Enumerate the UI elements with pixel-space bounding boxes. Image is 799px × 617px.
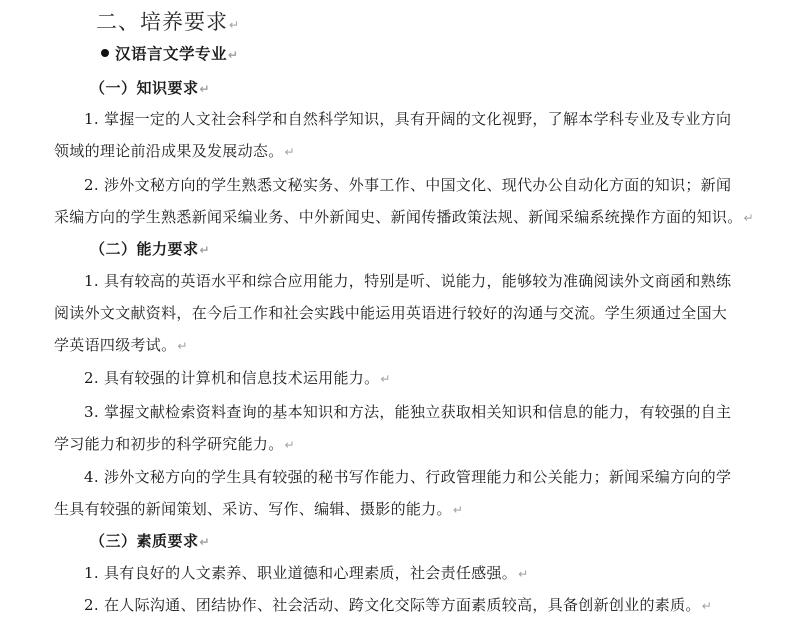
subsection-heading-text: （一）知识要求	[90, 79, 199, 97]
paragraph-mark-icon: ↵	[285, 438, 295, 452]
major-text: 汉语言文学专业	[115, 45, 227, 63]
ability-item-2-line-1: 2. 具有较强的计算机和信息技术运用能力。↵	[84, 368, 391, 389]
ability-item-3-line-1: 3. 掌握文献检索资料查询的基本知识和方法，能独立获取相关知识和信息的能力，有较…	[84, 402, 731, 422]
ability-item-1-line-2: 阅读外文文献资料，在今后工作和社会实践中能运用英语进行较好的沟通与交流。学生须通…	[54, 303, 727, 323]
paragraph-mark-icon: ↵	[453, 503, 463, 517]
section-title-text: 二、培养要求	[96, 10, 228, 34]
paragraph-mark-icon: ↵	[285, 145, 295, 159]
quality-item-2-line-1: 2. 在人际沟通、团结协作、社会活动、跨文化交际等方面素质较高，具备创新创业的素…	[84, 595, 712, 616]
ability-item-3-line-2: 学习能力和初步的科学研究能力。↵	[54, 434, 295, 455]
subsection-heading-text: （二）能力要求	[90, 240, 199, 258]
item-text: 3. 掌握文献检索资料查询的基本知识和方法，能独立获取相关知识和信息的能力，有较…	[84, 403, 731, 421]
document-page: 二、培养要求↵ 汉语言文学专业↵ （一）知识要求↵ 1. 掌握一定的人文社会科学…	[0, 0, 799, 617]
ability-item-4-line-2: 生具有较强的新闻策划、采访、写作、编辑、摄影的能力。↵	[54, 499, 463, 520]
paragraph-mark-icon: ↵	[177, 339, 187, 353]
item-text: 领域的理论前沿成果及发展动态。	[54, 142, 284, 160]
item-text: 1. 具有良好的人文素养、职业道德和心理素质，社会责任感强。	[84, 564, 517, 582]
paragraph-mark-icon: ↵	[200, 243, 211, 257]
ability-item-1-line-1: 1. 具有较高的英语水平和综合应用能力，特别是听、说能力，能够较为准确阅读外文商…	[84, 271, 731, 291]
knowledge-item-1-line-1: 1. 掌握一定的人文社会科学和自然科学知识，具有开阔的文化视野，了解本学科专业及…	[84, 109, 731, 129]
item-text: 学习能力和初步的科学研究能力。	[54, 435, 284, 453]
major-heading: 汉语言文学专业↵	[101, 44, 239, 65]
paragraph-mark-icon: ↵	[228, 48, 239, 62]
ability-item-1-line-3: 学英语四级考试。↵	[54, 335, 188, 356]
paragraph-mark-icon: ↵	[518, 567, 528, 581]
item-text: 2. 在人际沟通、团结协作、社会活动、跨文化交际等方面素质较高，具备创新创业的素…	[84, 596, 701, 614]
item-text: 阅读外文文献资料，在今后工作和社会实践中能运用英语进行较好的沟通与交流。学生须通…	[54, 304, 727, 322]
subsection-heading-quality: （三）素质要求↵	[90, 531, 210, 552]
knowledge-item-1-line-2: 领域的理论前沿成果及发展动态。↵	[54, 141, 295, 162]
paragraph-mark-icon: ↵	[229, 18, 240, 32]
subsection-heading-ability: （二）能力要求↵	[90, 239, 210, 260]
item-text: 1. 掌握一定的人文社会科学和自然科学知识，具有开阔的文化视野，了解本学科专业及…	[84, 110, 731, 128]
item-text: 4. 涉外文秘方向的学生具有较强的秘书写作能力、行政管理能力和公关能力；新闻采编…	[84, 468, 731, 486]
item-text: 1. 具有较高的英语水平和综合应用能力，特别是听、说能力，能够较为准确阅读外文商…	[84, 272, 731, 290]
paragraph-mark-icon: ↵	[702, 599, 712, 613]
bullet-icon	[101, 49, 109, 57]
paragraph-mark-icon: ↵	[200, 535, 211, 549]
quality-item-1-line-1: 1. 具有良好的人文素养、职业道德和心理素质，社会责任感强。↵	[84, 563, 528, 584]
paragraph-mark-icon: ↵	[744, 211, 754, 225]
item-text: 2. 具有较强的计算机和信息技术运用能力。	[84, 369, 379, 387]
section-title: 二、培养要求↵	[96, 8, 240, 39]
subsection-heading-knowledge: （一）知识要求↵	[90, 78, 210, 99]
ability-item-4-line-1: 4. 涉外文秘方向的学生具有较强的秘书写作能力、行政管理能力和公关能力；新闻采编…	[84, 467, 731, 487]
paragraph-mark-icon: ↵	[200, 82, 211, 96]
item-text: 采编方向的学生熟悉新闻采编业务、中外新闻史、新闻传播政策法规、新闻采编系统操作方…	[54, 208, 743, 226]
item-text: 生具有较强的新闻策划、采访、写作、编辑、摄影的能力。	[54, 500, 452, 518]
item-text: 2. 涉外文秘方向的学生熟悉文秘实务、外事工作、中国文化、现代办公自动化方面的知…	[84, 176, 731, 194]
knowledge-item-2-line-2: 采编方向的学生熟悉新闻采编业务、中外新闻史、新闻传播政策法规、新闻采编系统操作方…	[54, 207, 754, 228]
paragraph-mark-icon: ↵	[380, 372, 390, 386]
subsection-heading-text: （三）素质要求	[90, 532, 199, 550]
item-text: 学英语四级考试。	[54, 336, 176, 354]
knowledge-item-2-line-1: 2. 涉外文秘方向的学生熟悉文秘实务、外事工作、中国文化、现代办公自动化方面的知…	[84, 175, 731, 195]
